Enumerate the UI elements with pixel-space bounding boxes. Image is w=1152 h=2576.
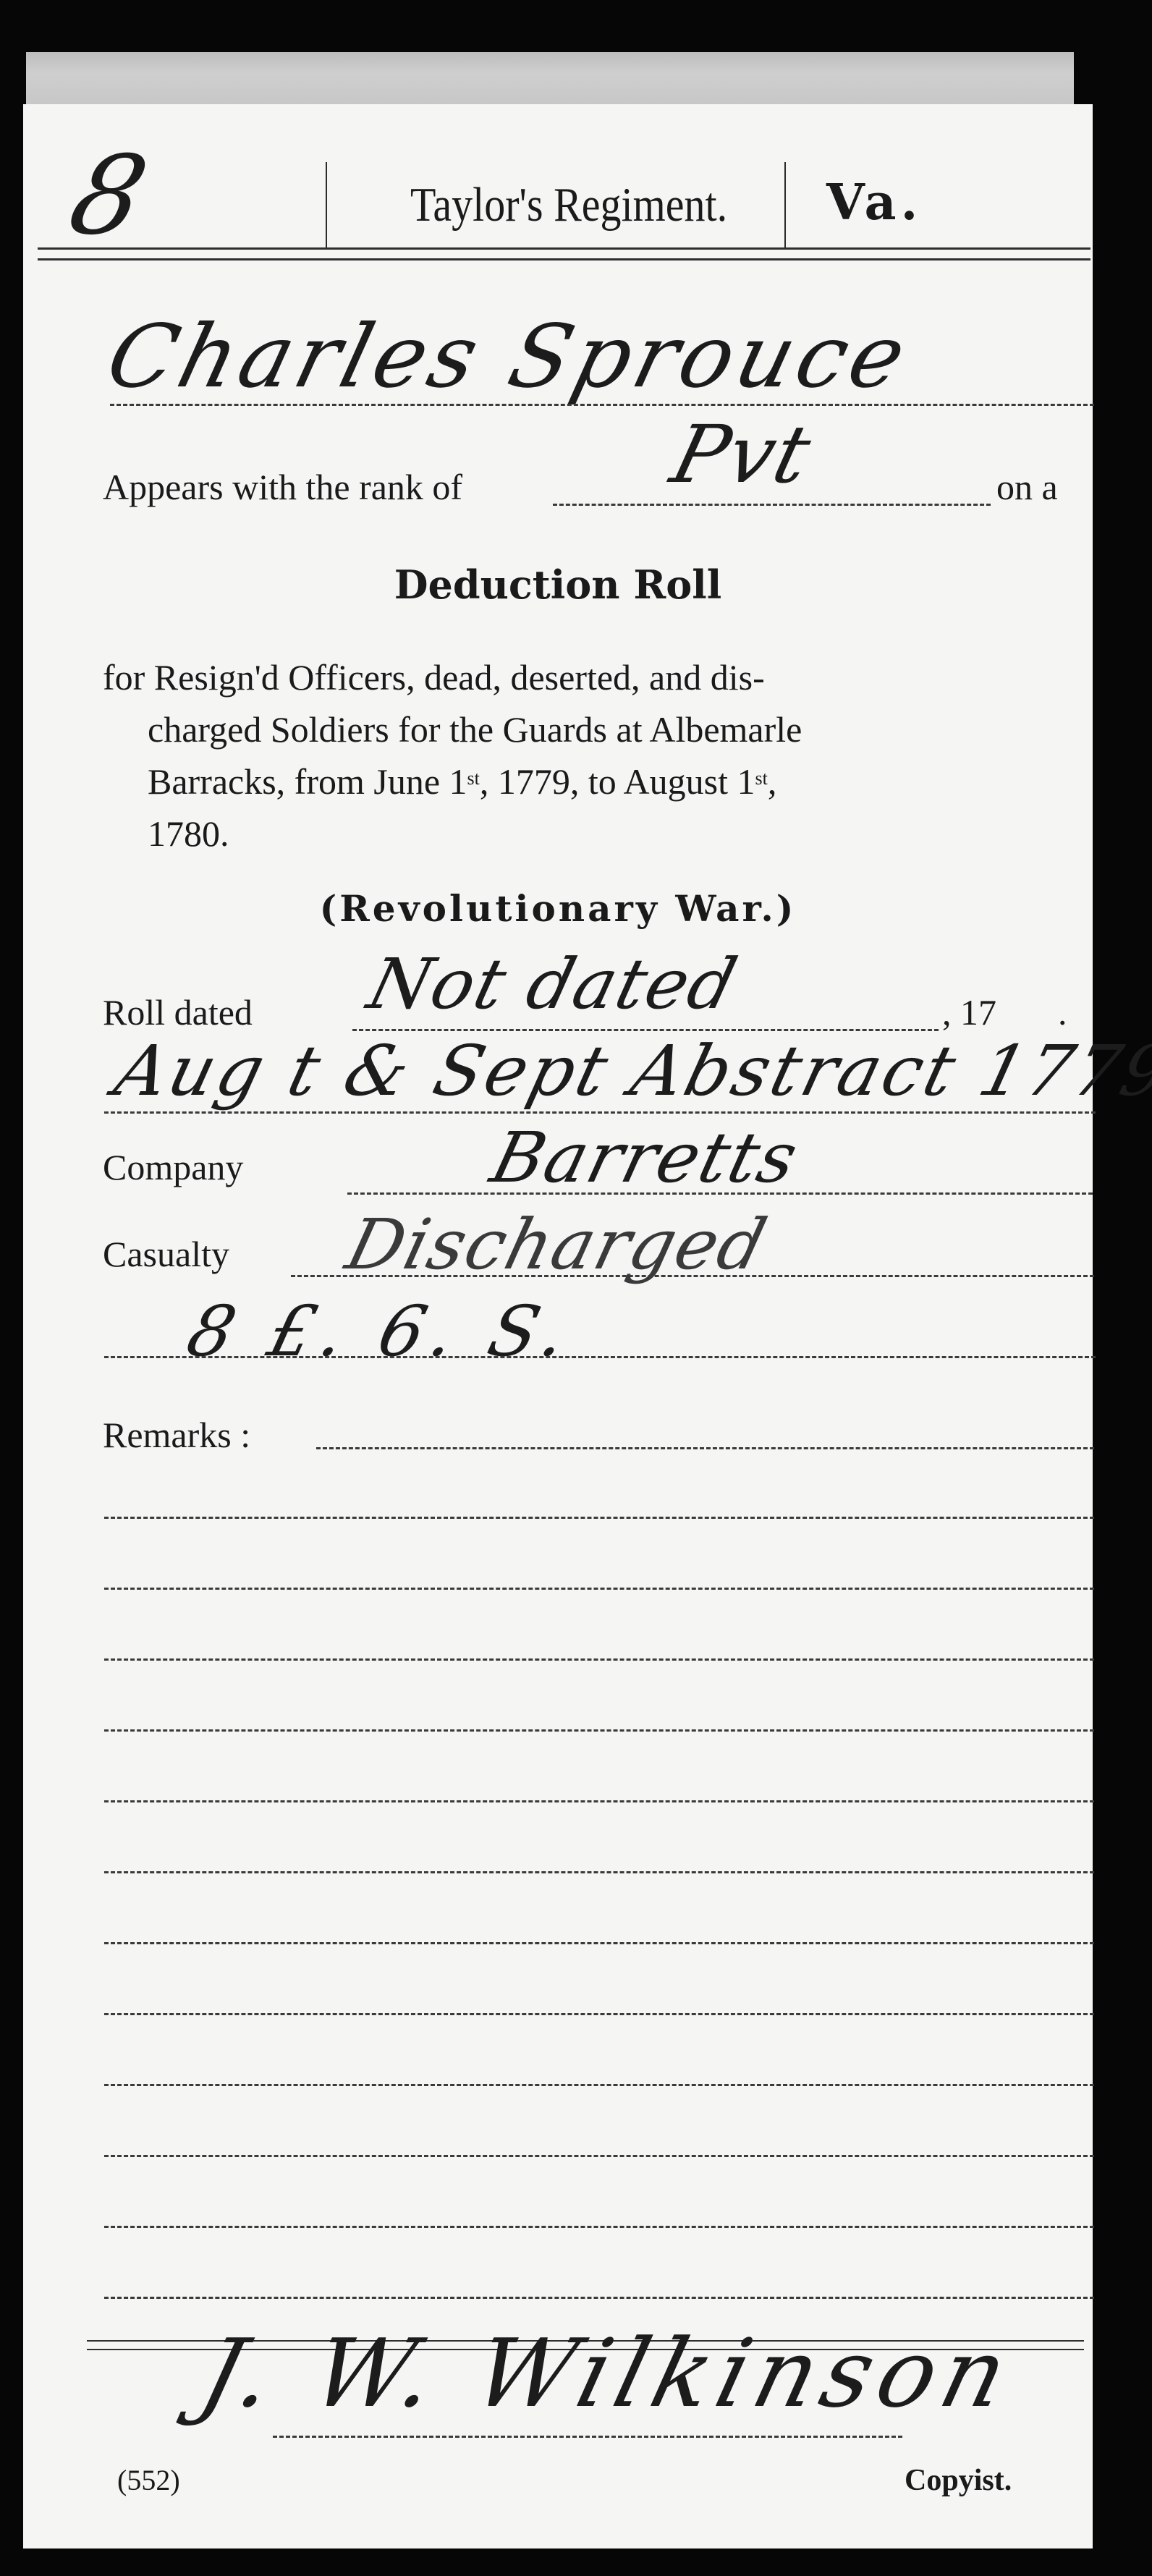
casualty-line: [291, 1275, 1094, 1277]
rank-line: [553, 504, 991, 506]
war-label: (Revolutionary War.): [23, 887, 1093, 930]
copyist-signature: J. W. Wilkinson: [190, 2318, 1025, 2428]
remarks-line-12: [104, 2226, 1094, 2228]
form-number: (552): [117, 2463, 180, 2497]
remarks-line-9: [104, 2013, 1094, 2015]
remarks-line-13: [104, 2297, 1094, 2299]
roll-dated-note: Aug t & Sept Abstract 1779: [107, 1030, 1152, 1111]
remarks-line-5: [104, 1729, 1094, 1732]
roll-dated-label: Roll dated: [103, 991, 253, 1033]
soldier-name: Charles Sprouce: [98, 307, 920, 407]
remarks-line-1: [316, 1447, 1094, 1449]
description-line-4: 1780.: [103, 808, 1094, 860]
roll-dated-period: .: [1058, 991, 1067, 1033]
remarks-line-7: [104, 1871, 1094, 1873]
casualty-label: Casualty: [103, 1233, 229, 1275]
company-value: Barretts: [483, 1117, 807, 1198]
remarks-line-6: [104, 1800, 1094, 1802]
roll-dated-year: , 17: [942, 991, 996, 1033]
roll-description: for Resign'd Officers, dead, deserted, a…: [103, 651, 1094, 860]
roll-note-line: [104, 1111, 1096, 1114]
rank-value: Pvt: [663, 408, 821, 501]
casualty-value: Discharged: [339, 1204, 775, 1285]
description-line-2: charged Soldiers for the Guards at Albem…: [103, 703, 1094, 755]
underlying-card-edge: [26, 52, 1074, 107]
header-rule-bottom: [38, 258, 1090, 260]
roll-title: Deduction Roll: [23, 562, 1093, 608]
remarks-line-2: [104, 1517, 1094, 1519]
signature-line: [273, 2436, 902, 2438]
state-abbrev: Va.: [826, 174, 922, 232]
company-label: Company: [103, 1146, 243, 1188]
remarks-line-11: [104, 2155, 1094, 2157]
header-rule-top: [38, 247, 1090, 250]
remarks-line-4: [104, 1658, 1094, 1661]
header-divider-left: [326, 162, 327, 249]
card-number: 8: [58, 133, 160, 259]
regiment-name: Taylor's Regiment.: [410, 177, 727, 232]
description-line-3: Barracks, from June 1st, 1779, to August…: [103, 755, 1094, 808]
header-divider-right: [784, 162, 786, 249]
name-line: [110, 404, 1094, 406]
description-line-1: for Resign'd Officers, dead, deserted, a…: [103, 651, 1094, 703]
rank-label: Appears with the rank of: [103, 466, 462, 508]
remarks-line-3: [104, 1588, 1094, 1590]
deduction-roll-card: 8 Taylor's Regiment. Va. Charles Sprouce…: [23, 104, 1093, 2549]
remarks-line-10: [104, 2084, 1094, 2086]
roll-dated-value: Not dated: [360, 944, 745, 1025]
casualty-amount: 8 £. 6. S.: [179, 1291, 583, 1372]
copyist-label: Copyist.: [905, 2463, 1012, 2498]
casualty-amount-line: [104, 1356, 1096, 1358]
remarks-label: Remarks :: [103, 1414, 250, 1456]
company-line: [347, 1192, 1093, 1195]
rank-suffix: on a: [996, 466, 1058, 508]
remarks-line-8: [104, 1942, 1094, 1944]
